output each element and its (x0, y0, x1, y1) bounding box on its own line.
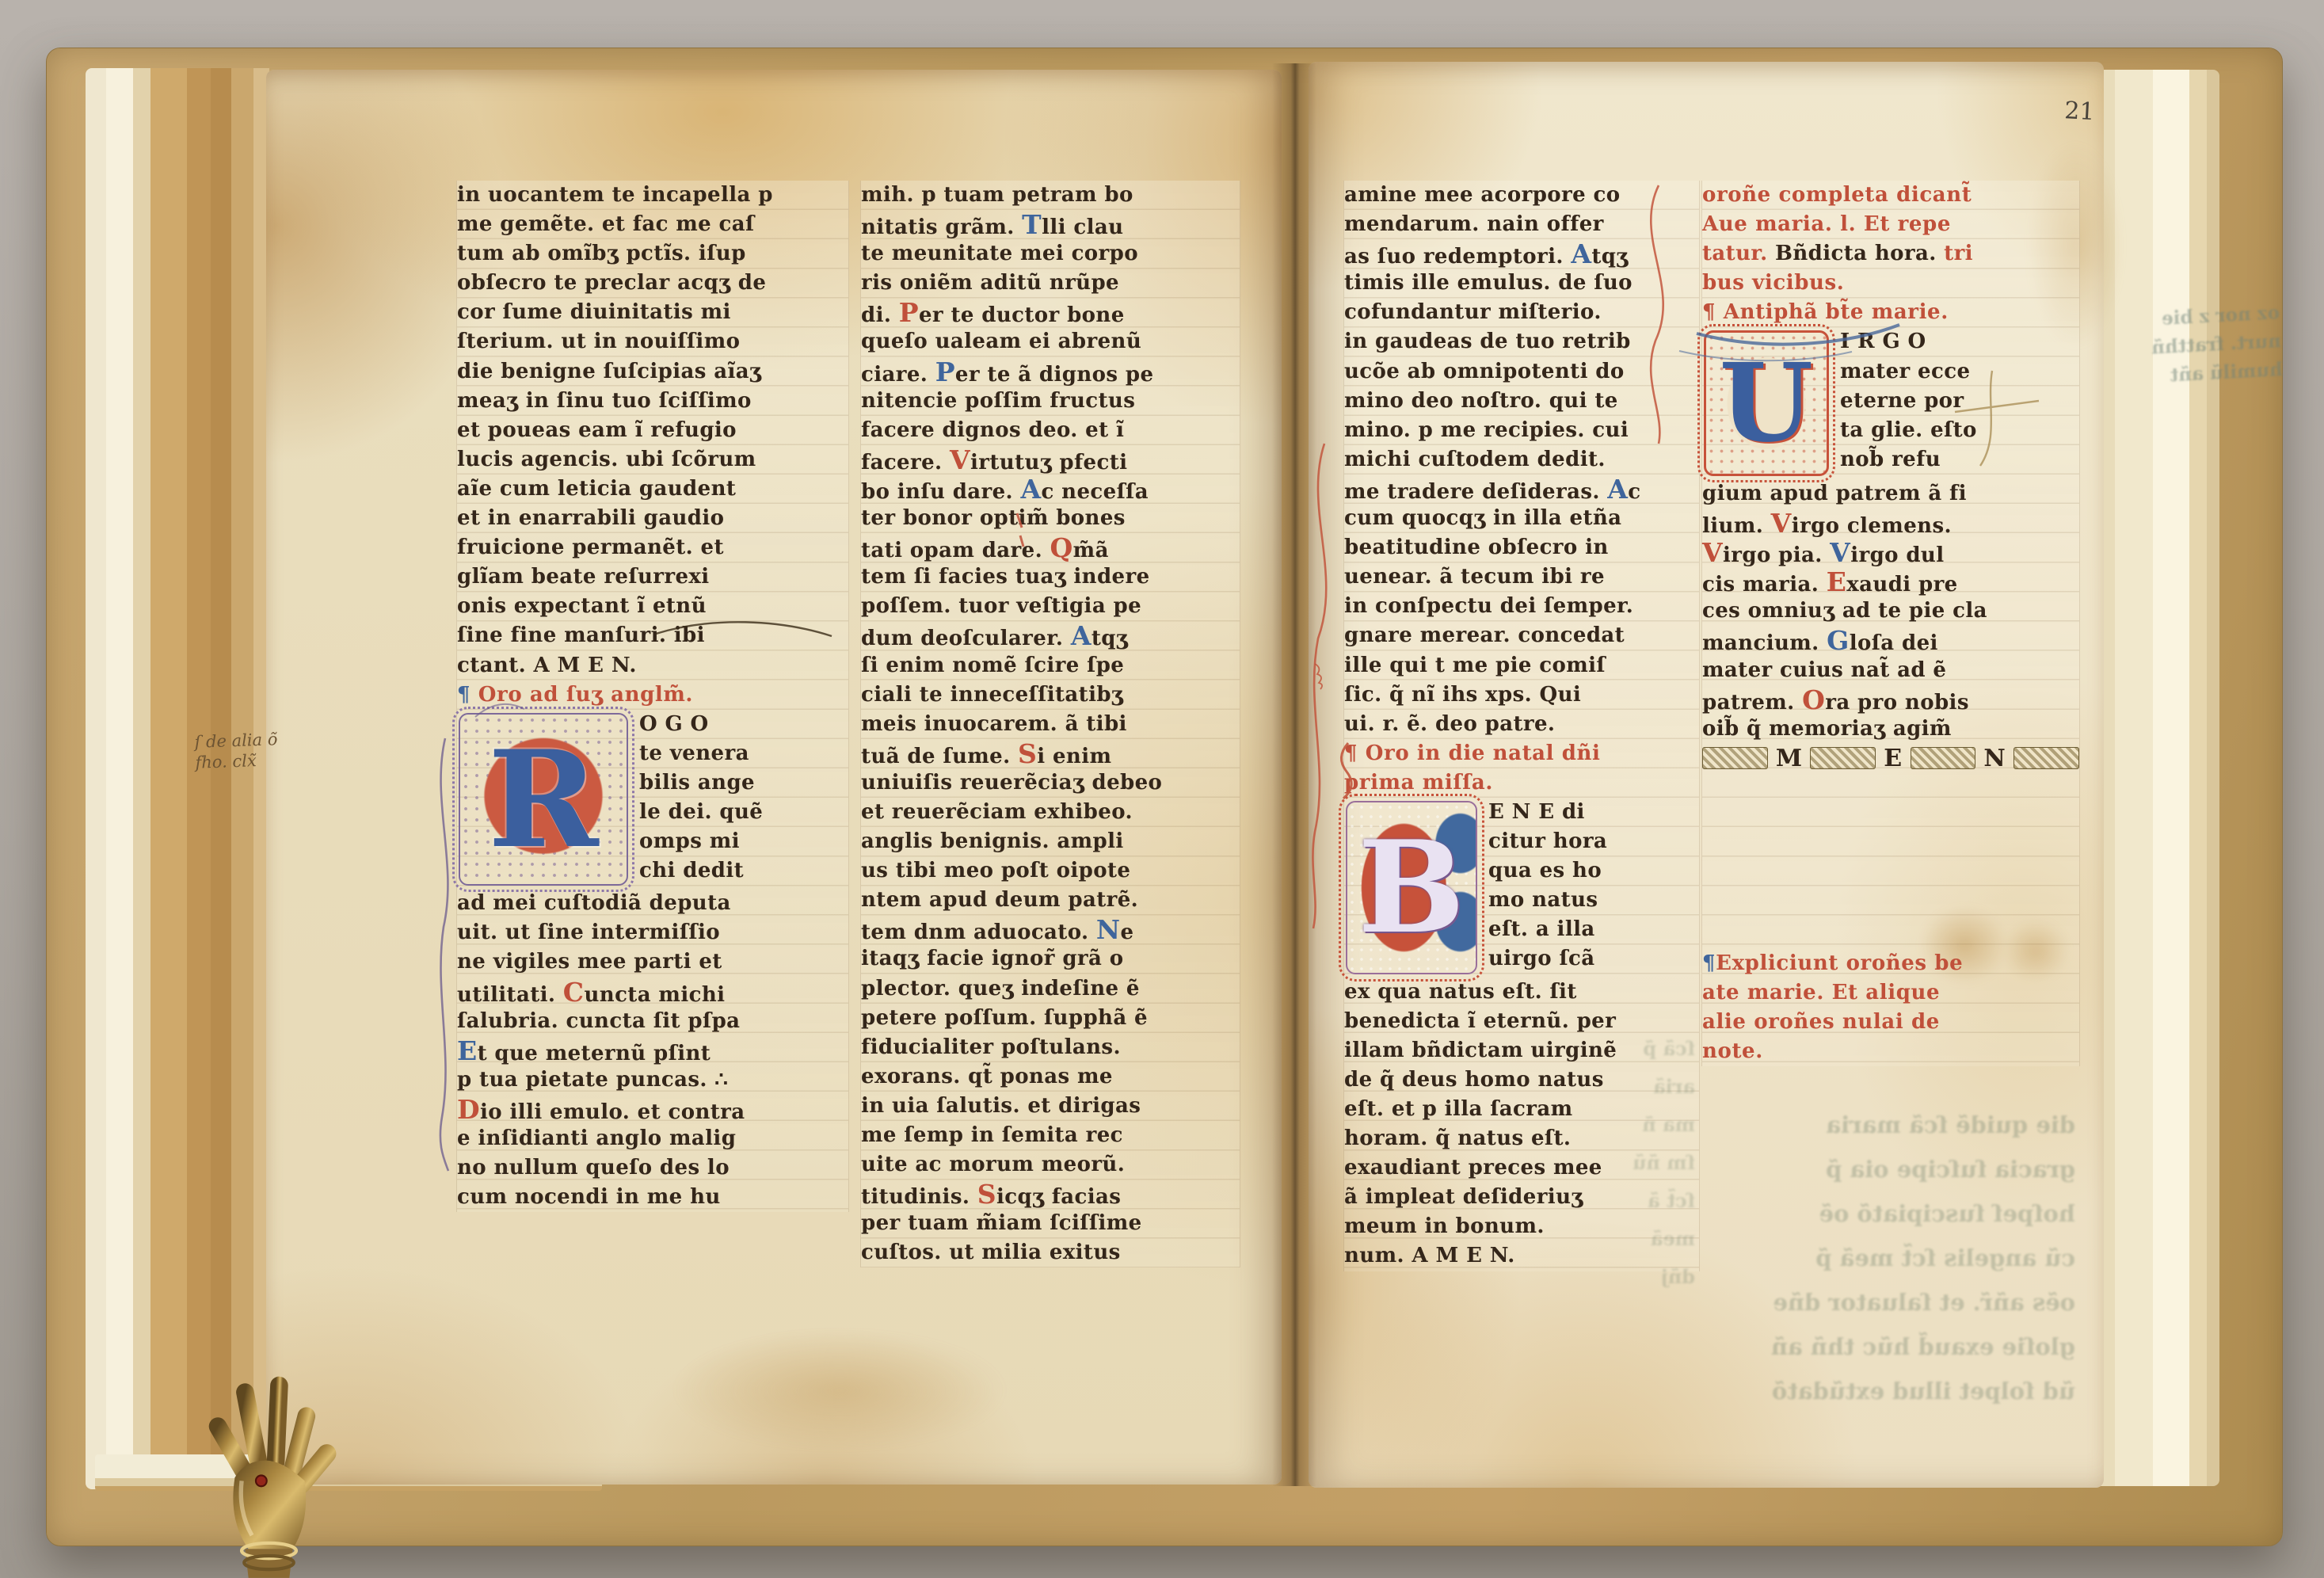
manuscript-line: no nullum queſo des lo (457, 1153, 848, 1183)
ghost-line: gracia ſuſcipe oia p̃ (1703, 1147, 2075, 1191)
left-column-1: in uocantem te incapella pme gemẽte. et … (456, 181, 849, 1212)
manuscript-line: uite ac morum meorũ. (861, 1150, 1240, 1180)
manuscript-line: ui. r. ẽ. deo patre. (1344, 710, 1699, 739)
page-edges-right (2101, 70, 2219, 1486)
manuscript-line: mater ecce (1840, 357, 2079, 387)
manuscript-photo: in uocantem te incapella pme gemẽte. et … (0, 0, 2324, 1578)
manuscript-line: mino. p me recipies. cui (1344, 416, 1699, 445)
manuscript-line: Et que meternũ pſint (457, 1036, 848, 1065)
manuscript-line: p tua pietate puncas. ∴ (457, 1065, 848, 1095)
manuscript-line: fiducialiter poſtulans. (861, 1033, 1240, 1062)
manuscript-line: alie oroñes nulai de (1702, 1008, 2079, 1037)
manuscript-line: ciare. Per te ã dignos pe (861, 357, 1240, 387)
manuscript-line: ris oniẽm aditũ nrũpe (861, 269, 1240, 298)
manuscript-line: die benigne ſuſcipias aĩaʒ (457, 357, 848, 387)
manuscript-line: cum quocqʒ in illa etña (1344, 504, 1699, 533)
manuscript-line: meaʒ in ſinu tuo ſciſſimo (457, 387, 848, 416)
ghost-line: hoſpeſ ſuscipiatõ oẽ (1703, 1191, 2075, 1236)
manuscript-line: beatitudine obſecro in (1344, 533, 1699, 562)
manuscript-line: aĩe cum leticia gaudent (457, 475, 848, 504)
manuscript-line: ne vigiles mee parti et (457, 947, 848, 977)
manuscript-line: cis maria. Exaudi pre (1702, 567, 2079, 597)
manuscript-line: us tibi meo poſt oipote (861, 856, 1240, 886)
manuscript-line: mih. p tuam petram bo (861, 181, 1240, 210)
manuscript-line: lucis agencis. ubi ſcõrum (457, 445, 848, 475)
decorated-initial-V: U (1704, 330, 1829, 476)
manuscript-line: Dio illi emulo. et contra (457, 1095, 848, 1124)
manuscript-line: facere dignos deo. et ĩ (861, 416, 1240, 445)
manuscript-line: ctant. A M E N. (457, 651, 848, 680)
manuscript-line: ntem apud deum patrẽ. (861, 886, 1240, 915)
manuscript-line: E N E di (1488, 798, 1699, 827)
manuscript-line: facere. Virtutuʒ pfecti (861, 445, 1240, 475)
manuscript-line: qua es ho (1488, 856, 1699, 886)
manuscript-line: ſterium. ut in nouiſſimo (457, 327, 848, 356)
manuscript-line: as ſuo redemptori. Atqʒ (1344, 239, 1699, 269)
manuscript-line: petere poſſum. ſupphã ẽ (861, 1004, 1240, 1033)
penwork-filler (1702, 747, 1768, 769)
manuscript-line: in uocantem te incapella p (457, 181, 848, 210)
manuscript-line: et reuerẽciam exhibeo. (861, 798, 1240, 827)
amen-ornament-row: MEN (1702, 744, 2079, 773)
manuscript-line: ſic. q̃ nĩ ihs xps. Qui (1344, 680, 1699, 710)
manuscript-line: Virgo pia. Virgo dul (1702, 538, 2079, 567)
manuscript-line: onis expectant ĩ etnũ (457, 592, 848, 621)
manuscript-line: ex qua natus eſt. ſit (1344, 978, 1699, 1007)
manuscript-line: et in enarrabili gaudio (457, 504, 848, 533)
manuscript-line: prima miſſa. (1344, 768, 1699, 798)
ghost-line: ſm ñũ (1576, 1144, 1695, 1182)
manuscript-line: Aue maria. l. Et repe (1702, 210, 2079, 239)
manuscript-line: tum ab omĩbʒ pctĩs. iſup (457, 239, 848, 269)
manuscript-line: ¶ Oro ad ſuʒ anglm̃. (457, 680, 848, 710)
manuscript-line: omps mi (639, 827, 848, 856)
manuscript-line: mino deo noſtro. qui te (1344, 387, 1699, 416)
initial-block: BE N E dicitur horaqua es homo natuseſt.… (1344, 798, 1699, 978)
manuscript-line: amine mee acorpore co (1344, 181, 1699, 210)
ghost-line: ſct̃ ã (1576, 1182, 1695, 1220)
manuscript-line: uirgo ſcã (1488, 944, 1699, 974)
show-through-inner-text: ſcã p̃ariãma ñſm ñũſct̃ ãmeãdñj (1576, 1030, 1695, 1296)
right-column-2: oroñe completa dicant̃Aue maria. l. Et r… (1701, 181, 2080, 1066)
left-column-2: mih. p tuam petram bonitatis grãm. Tlli … (860, 181, 1240, 1267)
manuscript-line: in gaudeas de tuo retrib (1344, 327, 1699, 356)
manuscript-line: chi dedit (639, 856, 848, 886)
decorated-initial-R: R (459, 713, 628, 886)
manuscript-line: ucõe ab omnipotenti do (1344, 357, 1699, 387)
manuscript-line: gium apud patrem ã fi (1702, 479, 2079, 509)
manuscript-line: note. (1702, 1037, 2079, 1066)
manuscript-line: itaqʒ facie ignor̃ grã o (861, 944, 1240, 974)
manuscript-line: tem dnm aduocato. Ne (861, 915, 1240, 944)
page-edges-left (86, 68, 269, 1489)
amen-letter: M (1776, 745, 1803, 772)
manuscript-line: mendarum. nain offer (1344, 210, 1699, 239)
manuscript-line: I R G O (1840, 327, 2079, 356)
manuscript-line: mo natus (1488, 886, 1699, 915)
ghost-line: meã (1576, 1220, 1695, 1258)
manuscript-line: nob̃ refu (1840, 445, 2079, 475)
manuscript-line: bus vicibus. (1702, 269, 2079, 298)
blank-space (1702, 773, 2079, 949)
show-through-text: die quidẽ ſcã mariagracia ſuſcipe oia p̃… (1703, 1103, 2075, 1413)
manuscript-line: michi cuſtodem dedit. (1344, 445, 1699, 475)
manuscript-line: in uia ſalutis. et dirigas (861, 1092, 1240, 1121)
penwork-filler (1911, 747, 1976, 769)
manuscript-line: ate marie. Et alique (1702, 978, 2079, 1008)
manuscript-line: mater cuius nat̃ ad ẽ (1702, 656, 2079, 685)
initial-letter: R (488, 733, 599, 866)
manuscript-line: gnare merear. concedat (1344, 621, 1699, 650)
manuscript-line: lium. Virgo clemens. (1702, 509, 2079, 538)
manuscript-line: meis inuocarem. ã tibi (861, 710, 1240, 739)
manuscript-line: ¶ Oro in die natal dñi (1344, 739, 1699, 768)
initial-letter: U (1719, 349, 1813, 457)
manuscript-line: mancium. Gloſa dei (1702, 626, 2079, 655)
manuscript-line: ces omniuʒ ad te pie cla (1702, 597, 2079, 626)
initial-letter: B (1358, 824, 1465, 951)
manuscript-line: tati opam dare. Qm̃ã (861, 533, 1240, 562)
manuscript-line: ſalubria. cuncta ſit pſpa (457, 1007, 848, 1036)
manuscript-line: cum nocendi in me hu (457, 1183, 848, 1212)
manuscript-line: glĩam beate reſurrexi (457, 562, 848, 592)
amen-letter: N (1983, 745, 2006, 772)
ghost-line: ariã (1576, 1068, 1695, 1106)
manuscript-line: nitatis grãm. Tlli clau (861, 210, 1240, 239)
manuscript-line: et poueas eam ĩ refugio (457, 416, 848, 445)
manuscript-line: uenear. ã tecum ibi re (1344, 562, 1699, 592)
manuscript-line: cuſtos. ut milia exitus (861, 1238, 1240, 1267)
manuscript-line: per tuam m̃iam ſciſſime (861, 1209, 1240, 1238)
manuscript-line: patrem. Ora pro nobis (1702, 685, 2079, 715)
manuscript-line: eſt. a illa (1488, 915, 1699, 944)
manuscript-line: anglis benignis. ampli (861, 827, 1240, 856)
manuscript-line: ter bonor optim̃ bones (861, 504, 1240, 533)
manuscript-line: titudinis. Sicqʒ facias (861, 1180, 1240, 1209)
manuscript-line: ¶Expliciunt oroñes be (1702, 949, 2079, 978)
decorated-initial-B: B (1346, 801, 1477, 974)
manuscript-line: O G O (639, 710, 848, 739)
folio-number: 21 (2063, 97, 2120, 136)
manuscript-line: fruicione permanẽt. et (457, 533, 848, 562)
manuscript-line: uit. ut ſine intermiſſio (457, 918, 848, 947)
manuscript-line: oib̃ q̃ memoriaʒ agim̃ (1702, 715, 2079, 744)
penwork-filler (2013, 747, 2079, 769)
manuscript-line: cor ſume diuinitatis mi (457, 298, 848, 327)
manuscript-line: ad mei cuſtodiã deputa (457, 889, 848, 918)
amen-letter: E (1884, 745, 1902, 772)
manuscript-line: tuã de ſume. Si enim (861, 739, 1240, 768)
brass-hand-clasp (184, 1375, 354, 1578)
manuscript-line: tem ſi facies tuaʒ indere (861, 562, 1240, 592)
manuscript-line: dum deoſcularer. Atqʒ (861, 621, 1240, 650)
penwork-filler (1810, 747, 1876, 769)
ghost-line: ſcã p̃ (1576, 1030, 1695, 1068)
manuscript-line: bo inſu dare. Ac neceſſa (861, 475, 1240, 504)
ghost-line: gloſie exaud̃ hũc thñ añ (1703, 1325, 2075, 1369)
manuscript-line: me tradere deſideras. Ac (1344, 475, 1699, 504)
manuscript-line: ¶ Antiphã bt̃e marie. (1702, 298, 2079, 327)
manuscript-line: exorans. qt̃ ponas me (861, 1062, 1240, 1092)
manuscript-line: le dei. quẽ (639, 798, 848, 827)
manuscript-line: te meunitate mei corpo (861, 239, 1240, 269)
manuscript-line: cofundantur miſterio. (1344, 298, 1699, 327)
manuscript-line: nitencie poſſim fructus (861, 387, 1240, 416)
manuscript-line: utilitati. Cuncta michi (457, 978, 848, 1007)
manuscript-line: in conſpectu dei ſemper. (1344, 592, 1699, 621)
manuscript-line: ciali te inneceſſitatibʒ (861, 680, 1240, 710)
manuscript-line: citur hora (1488, 827, 1699, 856)
manuscript-line: oroñe completa dicant̃ (1702, 181, 2079, 210)
ghost-line: ũd ſolpet illud extũdatõ (1703, 1369, 2075, 1413)
initial-block: RO G Ote venerabilis angele dei. quẽomps… (457, 710, 848, 890)
manuscript-line: bilis ange (639, 768, 848, 798)
manuscript-line: queſo ualeam ei abrenũ (861, 327, 1240, 356)
manuscript-line: me gemẽte. et fac me caſ (457, 210, 848, 239)
manuscript-line: te venera (639, 739, 848, 768)
ghost-line: cũ angelis ſct̃ meã p̃ (1703, 1236, 2075, 1280)
manuscript-line: ſine fine manſuri. ibi (457, 621, 848, 650)
initial-block: UI R G Omater ecceeterne porta glie. eſt… (1702, 327, 2079, 479)
manuscript-line: ta glie. eſto (1840, 416, 2079, 445)
manuscript-line: obſecro te preclar acqʒ de (457, 269, 848, 298)
manuscript-line: di. Per te ductor bone (861, 298, 1240, 327)
ghost-line: dñj (1576, 1258, 1695, 1296)
ghost-line: oẽs añr̃. et ſaluator dñe (1703, 1280, 2075, 1325)
manuscript-line: poſſem. tuor veſtigia pe (861, 592, 1240, 621)
manuscript-line: plector. queʒ indeſine ẽ (861, 974, 1240, 1004)
book-gutter (1272, 63, 1316, 1486)
manuscript-line: e inſidianti anglo malig (457, 1124, 848, 1153)
manuscript-line: timis ille emulus. de ſuo (1344, 269, 1699, 298)
manuscript-line: tatur. Bñdicta hora. tri (1702, 239, 2079, 269)
manuscript-line: eterne por (1840, 387, 2079, 416)
manuscript-line: ille qui t me pie comiſ (1344, 651, 1699, 680)
marginal-note: ſ de alia õ fho. clx̃ (194, 726, 370, 773)
manuscript-line: uniuiſis reuerẽciaʒ debeo (861, 768, 1240, 798)
show-through-margin-text: oz nor z bienurt. fratthñhumilũ añt (2128, 299, 2283, 392)
manuscript-line: me ſemp in ſemita rec (861, 1121, 1240, 1150)
manuscript-line: ſi enim nomẽ ſcire ſpe (861, 651, 1240, 680)
ghost-line: ma ñ (1576, 1106, 1695, 1144)
ghost-line: die quidẽ ſcã maria (1703, 1103, 2075, 1147)
